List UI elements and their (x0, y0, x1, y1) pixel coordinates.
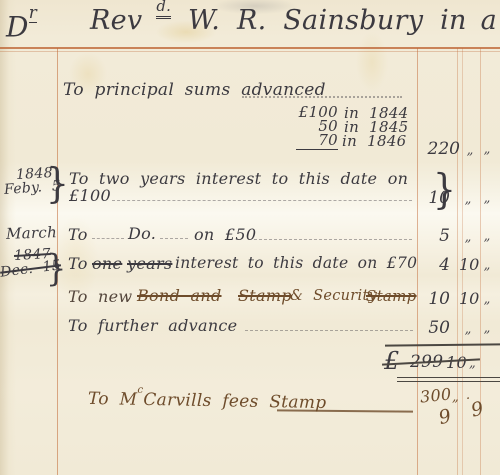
leader-principal (242, 96, 402, 98)
total-rule-bottom-1 (397, 377, 500, 378)
amount-interest100-pounds: 10 (406, 188, 450, 208)
amount-interest100-pence: „ (479, 191, 495, 206)
entry-interest70-to: To (68, 254, 88, 273)
amount-bond-pence: „ (479, 292, 495, 307)
entry-bond-struck-stamp-1: Stamp (238, 286, 292, 305)
entry-bond-to: To new (68, 287, 132, 306)
amount-interest70-shillings: 10 (459, 255, 477, 274)
total-rule-top (385, 343, 500, 346)
ledger-page: Dr Rev d. W. R. Sainsbury in a To princi… (0, 0, 500, 475)
leader-interest50-b (160, 238, 188, 239)
amount-interest70-pence: „ (479, 258, 495, 273)
debit-abbreviation: Dr (6, 10, 37, 43)
amount-interest100-shillings: „ (459, 192, 477, 207)
advance-3-amount: 70 (296, 131, 338, 150)
amount-interest50-pence: „ (479, 229, 495, 244)
entry-interest50-ditto: Do. (128, 224, 156, 243)
leader-interest50-c (254, 239, 412, 240)
title-initial-w: W. (188, 5, 220, 36)
entry-interest70-struck-one: one (92, 254, 122, 273)
total-rule-bottom-2 (397, 381, 500, 382)
amount-principal-pounds: 220 (410, 139, 460, 159)
entry-interest50-to: To (68, 225, 88, 244)
leader-further (245, 330, 413, 331)
page-title: Rev d. W. R. Sainsbury in a (90, 5, 497, 36)
title-surname: Sainsbury (283, 5, 423, 36)
title-tail: in a (440, 5, 497, 36)
date-brace: } (46, 161, 69, 208)
amount-further-pence: „ (479, 321, 495, 336)
debit-superscript: r (29, 2, 37, 23)
total-revised-pounds: 300 (419, 384, 452, 406)
amount-further-shillings: „ (459, 322, 477, 337)
header-rule-faint (0, 51, 500, 52)
title-initial-r: R. (237, 5, 267, 36)
fees-prefix: To M (88, 389, 138, 410)
entry-further-label: To further advance (68, 316, 237, 335)
entry-interest50-rest: on £50 (194, 225, 256, 244)
total-pound-sign: £ (384, 347, 400, 375)
reverend-superscript: d. (156, 0, 171, 19)
debit-letter: D (6, 10, 29, 43)
entry-interest70-rest: interest to this date on £70 (175, 254, 417, 272)
entry-interest70-struck-years: years (127, 254, 172, 273)
entry-bond-struck-bond-and: Bond and (137, 286, 222, 305)
leader-interest50-a (92, 238, 124, 239)
amount-bond-pounds: 10 (406, 289, 450, 309)
date-brace-2: } (46, 246, 66, 290)
amount-interest70-pounds: 4 (406, 255, 450, 275)
amount-interest50-pounds: 5 (406, 226, 450, 246)
entry-interest100-line2: £100 (69, 186, 111, 205)
reverend-word: Rev (90, 5, 142, 36)
amount-bond-shillings: 10 (459, 289, 477, 308)
date-march: March (6, 223, 58, 243)
amount-further-pounds: 50 (406, 318, 450, 338)
title-reverend: Rev d. (90, 5, 171, 36)
advance-3-year: in 1846 (342, 132, 407, 150)
amount-interest50-shillings: „ (459, 230, 477, 245)
fees-superscript: c (137, 385, 143, 396)
total-shillings-struck: 10 (446, 353, 467, 372)
entry-interest100-line1: To two years interest to this date on (69, 169, 408, 188)
leader-interest100 (112, 200, 412, 201)
header-rule (0, 47, 500, 49)
amount-principal-shillings: „ (461, 143, 479, 158)
amount-principal-pence: „ (479, 142, 495, 157)
entry-bond-mid: & Security (290, 288, 377, 304)
